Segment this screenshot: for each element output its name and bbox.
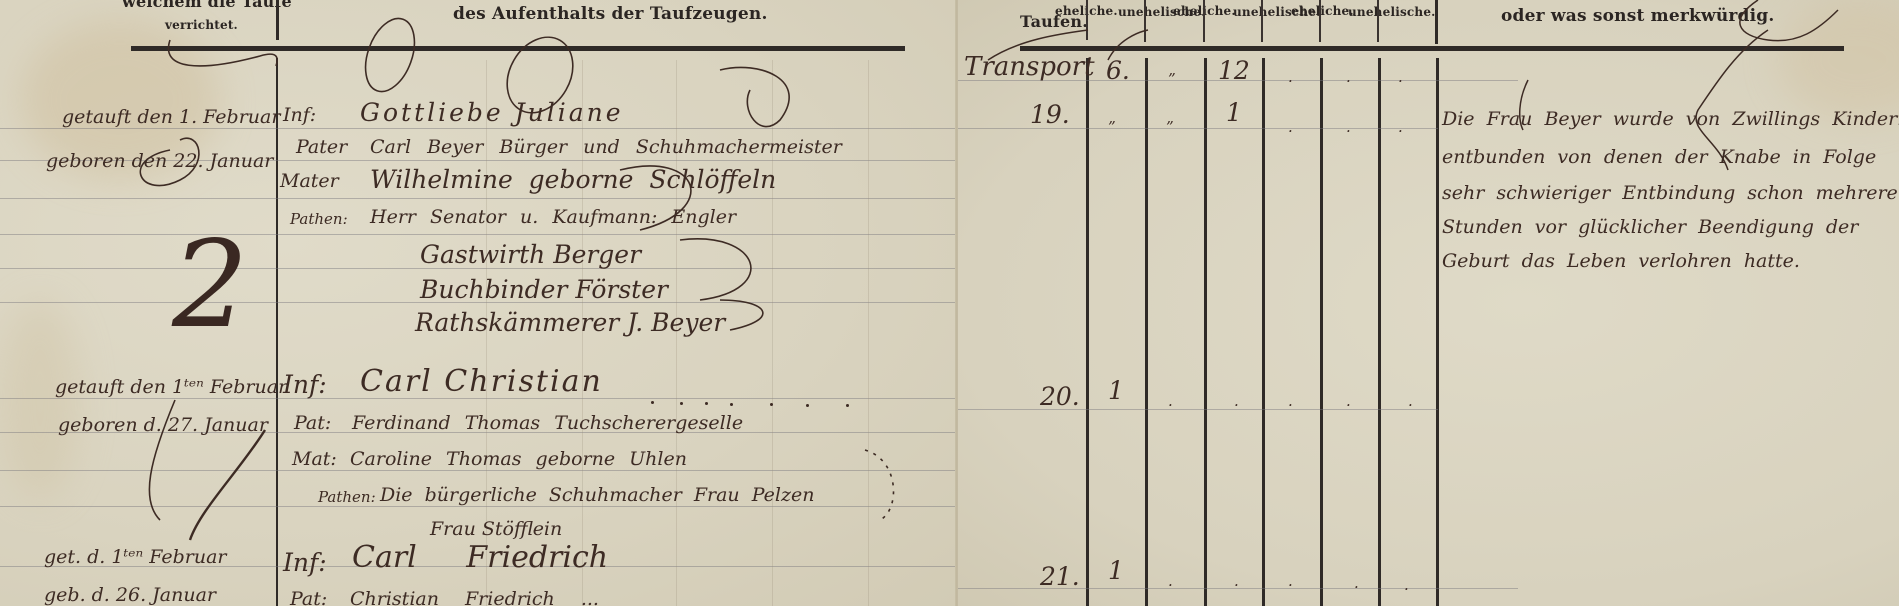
ink-flourishes <box>958 0 1899 606</box>
left-page: welchem die Taufe verrichtet. des Aufent… <box>0 0 957 606</box>
ink-flourishes <box>0 0 957 606</box>
right-page: Taufen. eheliche. unehelische. eheliche.… <box>958 0 1899 606</box>
